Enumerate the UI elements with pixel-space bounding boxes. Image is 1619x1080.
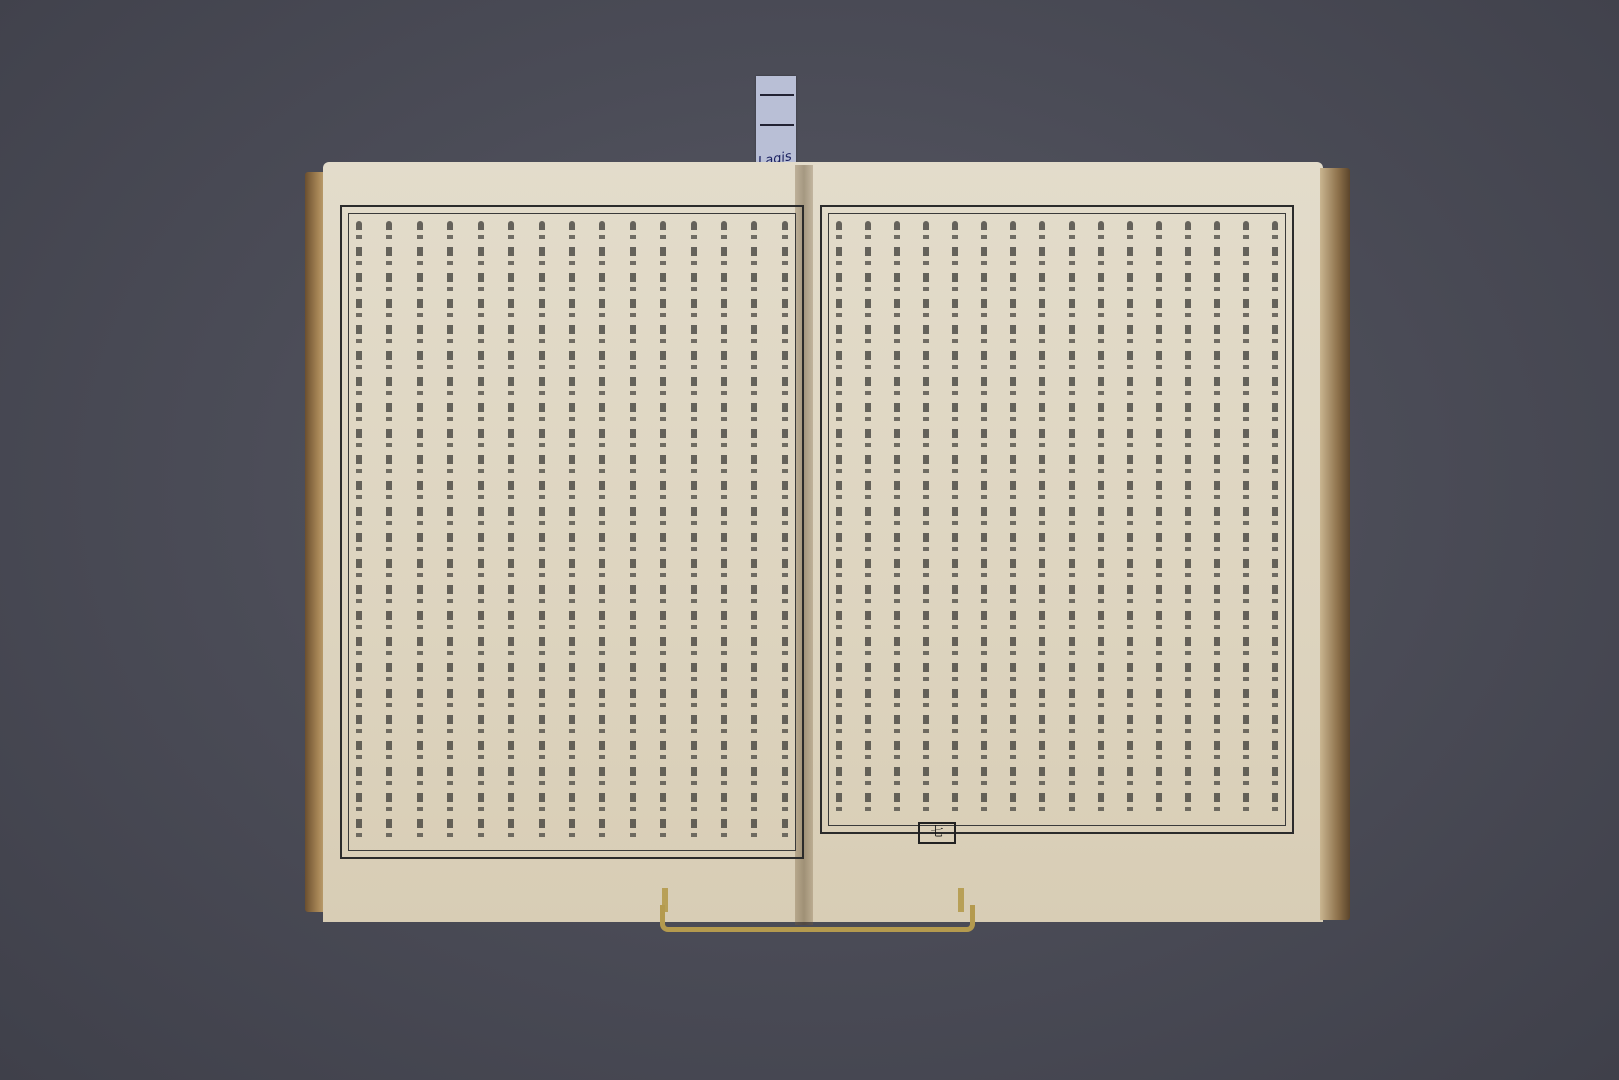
- tab-line: [760, 94, 794, 96]
- text-columns: [836, 221, 1278, 818]
- text-columns: [356, 221, 788, 843]
- left-text-block: [340, 205, 804, 859]
- tab-line: [760, 124, 794, 126]
- catalog-tab: Laqis: [756, 76, 796, 171]
- page-number: 七: [918, 822, 956, 844]
- brass-book-stand: [660, 905, 975, 932]
- right-text-block: [820, 205, 1294, 834]
- book-edge-right: [1320, 168, 1350, 920]
- photo-scene: Laqis 七: [0, 0, 1619, 1080]
